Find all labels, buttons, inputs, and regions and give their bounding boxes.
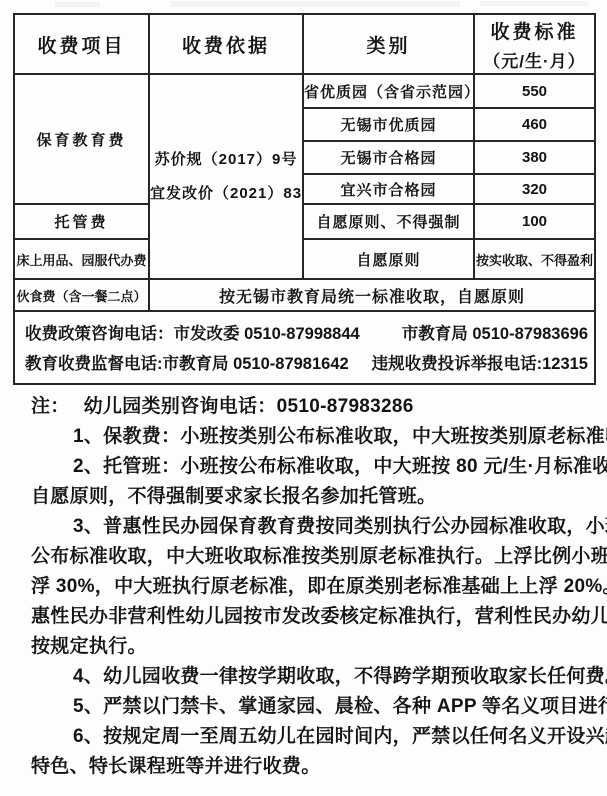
category-cell: 省优质园（含省示范园） bbox=[303, 74, 474, 108]
phones-cell: 收费政策咨询电话：市发改委 0510-87998844 市教育局 0510-87… bbox=[14, 311, 595, 384]
column-header-fee-basis: 收费依据 bbox=[149, 14, 303, 74]
note-line: 特色、特长课程班等并进行收费。 bbox=[31, 752, 595, 782]
category-cell: 自愿原则 bbox=[303, 239, 474, 279]
standard-value: 460 bbox=[474, 108, 595, 141]
basis-doc-1: 苏价规（2017）9号 bbox=[150, 143, 302, 177]
standard-header-line1: 收费标准 bbox=[475, 17, 594, 44]
category-cell: 宜兴市合格园 bbox=[303, 174, 474, 204]
note-line: 4、幼儿园收费一律按学期收取，不得跨学期预收取家长任何费。 bbox=[31, 662, 595, 692]
column-header-standard: 收费标准 （元/生·月） bbox=[474, 14, 595, 74]
note-line: 自愿原则，不得强制要求家长报名参加托管班。 bbox=[31, 482, 595, 512]
scan-artifact bbox=[170, 1, 460, 7]
education-bureau-phone: 市教育局 0510-87983696 bbox=[402, 319, 588, 349]
basis-doc-2: 宜发改价（2021）83号 bbox=[150, 177, 302, 211]
note-line: 6、按规定周一至周五幼儿在园时间内，严禁以任何名义开设兴趣班、 bbox=[31, 722, 595, 752]
category-consult-phone: 幼儿园类别咨询电话：0510-87983286 bbox=[84, 396, 414, 417]
scan-artifact bbox=[55, 2, 100, 7]
standard-value: 按实收取、不得盈利 bbox=[474, 239, 595, 279]
table-row: 保育教育费 苏价规（2017）9号 宜发改价（2021）83号 省优质园（含省示… bbox=[14, 74, 595, 108]
column-header-category: 类别 bbox=[303, 14, 474, 74]
note-line: 2、托管班：小班按公布标准收取，中大班按 80 元/生·月标准收取， bbox=[31, 452, 595, 482]
category-cell: 无锡市优质园 bbox=[303, 108, 474, 141]
meal-policy-cell: 按无锡市教育局统一标准收取，自愿原则 bbox=[149, 279, 595, 311]
table-row: 伙食费（含一餐二点） 按无锡市教育局统一标准收取，自愿原则 bbox=[14, 279, 595, 311]
note-line: 惠性民办非营利性幼儿园按市发改委核定标准执行，营利性民办幼儿园 bbox=[31, 602, 595, 632]
fee-notice-page: 收费项目 收费依据 类别 收费标准 （元/生·月） 保育教育费 苏价规（2017… bbox=[0, 0, 607, 796]
fee-item-bedding: 床上用品、园服代办费 bbox=[14, 239, 149, 279]
supervision-phone: 教育收费监督电话:市教育局 0510-87981642 bbox=[25, 349, 349, 379]
phones-row: 收费政策咨询电话：市发改委 0510-87998844 市教育局 0510-87… bbox=[14, 311, 595, 384]
category-cell: 自愿原则、不得强制 bbox=[303, 204, 474, 239]
column-header-fee-item: 收费项目 bbox=[14, 14, 149, 74]
standard-value: 320 bbox=[474, 174, 595, 204]
category-cell: 无锡市合格园 bbox=[303, 141, 474, 174]
table-header-row: 收费项目 收费依据 类别 收费标准 （元/生·月） bbox=[14, 14, 595, 74]
fee-schedule-table: 收费项目 收费依据 类别 收费标准 （元/生·月） 保育教育费 苏价规（2017… bbox=[13, 13, 596, 385]
scan-artifact bbox=[480, 1, 588, 6]
note-line: 3、普惠性民办园保育教育费按同类别执行公办园标准收取，小班按 bbox=[31, 512, 595, 542]
fee-item-custody: 托管费 bbox=[14, 204, 149, 239]
note-line: 公布标准收取，中大班收取标准按类别原老标准执行。上浮比例小班上 bbox=[31, 542, 595, 572]
note-line: 浮 30%，中大班执行原老标准，即在原类别老标准基础上上浮 20%。非普 bbox=[31, 572, 595, 602]
note-label: 注： bbox=[31, 396, 70, 417]
complaint-hotline: 违规收费投诉举报电话:12315 bbox=[372, 349, 588, 379]
note-line: 5、严禁以门禁卡、掌通家园、晨检、各种 APP 等名义项目进行收费。 bbox=[31, 692, 595, 722]
fee-item-meal: 伙食费（含一餐二点） bbox=[14, 279, 149, 311]
standard-value: 100 bbox=[474, 204, 595, 239]
standard-header-unit: （元/生·月） bbox=[475, 47, 594, 72]
standard-value: 550 bbox=[474, 74, 595, 108]
policy-consult-phone: 收费政策咨询电话：市发改委 0510-87998844 bbox=[25, 319, 360, 349]
table-row: 床上用品、园服代办费 自愿原则 按实收取、不得盈利 bbox=[14, 239, 595, 279]
phone-line-2: 教育收费监督电话:市教育局 0510-87981642 违规收费投诉举报电话:1… bbox=[25, 349, 588, 379]
note-line: 1、保教费：小班按类别公布标准收取，中大班按类别原老标准收取。 bbox=[31, 422, 595, 452]
note-intro-line: 注：幼儿园类别咨询电话：0510-87983286 bbox=[31, 392, 595, 422]
standard-value: 380 bbox=[474, 141, 595, 174]
table-row: 托管费 自愿原则、不得强制 100 bbox=[14, 204, 595, 239]
fee-basis-cell: 苏价规（2017）9号 宜发改价（2021）83号 bbox=[149, 74, 303, 279]
fee-item-care-education: 保育教育费 bbox=[14, 74, 149, 204]
notes-section: 注：幼儿园类别咨询电话：0510-87983286 1、保教费：小班按类别公布标… bbox=[31, 392, 595, 782]
note-line: 按规定执行。 bbox=[31, 632, 595, 662]
phone-line-1: 收费政策咨询电话：市发改委 0510-87998844 市教育局 0510-87… bbox=[25, 319, 588, 349]
